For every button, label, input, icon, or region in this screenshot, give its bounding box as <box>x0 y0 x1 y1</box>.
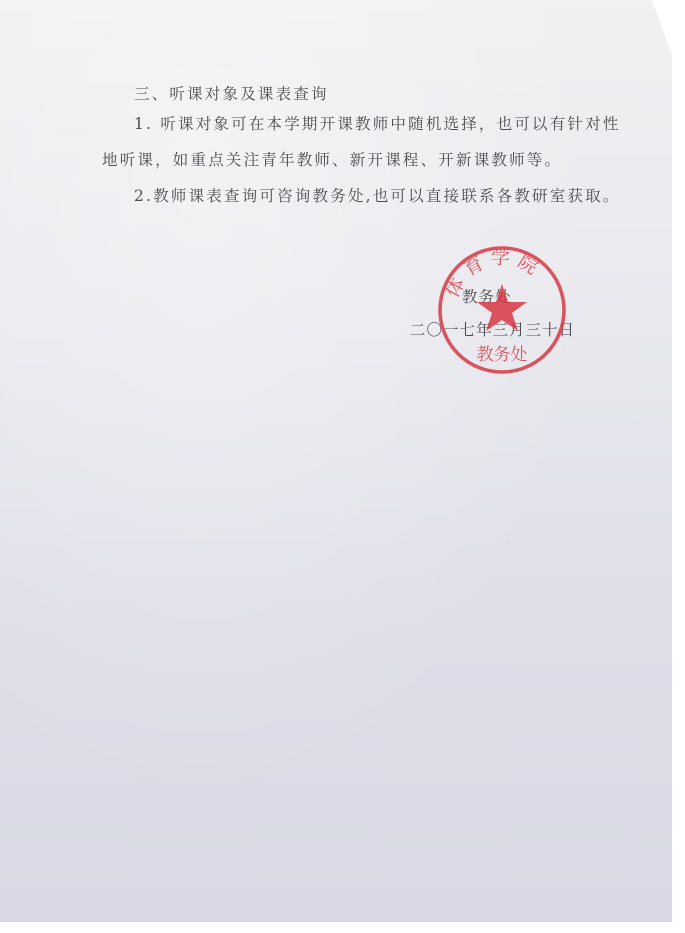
paragraph-item-2: 2.教师课表查询可咨询教务处,也可以直接联系各教研室获取。 <box>134 184 621 206</box>
seal-icon: 体育学院 教务处 <box>436 244 568 376</box>
paragraph-item-1-line-1: 1. 听课对象可在本学期开课教师中随机选择，也可以有针对性 <box>134 112 621 134</box>
seal-arc-text: 体育学院 <box>441 247 547 301</box>
seal-bottom-text: 教务处 <box>477 345 528 365</box>
svg-text:体育学院: 体育学院 <box>441 247 547 301</box>
official-seal-stamp: 体育学院 教务处 <box>436 244 568 376</box>
paper-page <box>0 0 672 922</box>
paragraph-item-1-line-2: 地听课，如重点关注青年教师、新开课程、开新课教师等。 <box>102 148 562 170</box>
section-heading: 三、听课对象及课表查询 <box>134 82 329 104</box>
